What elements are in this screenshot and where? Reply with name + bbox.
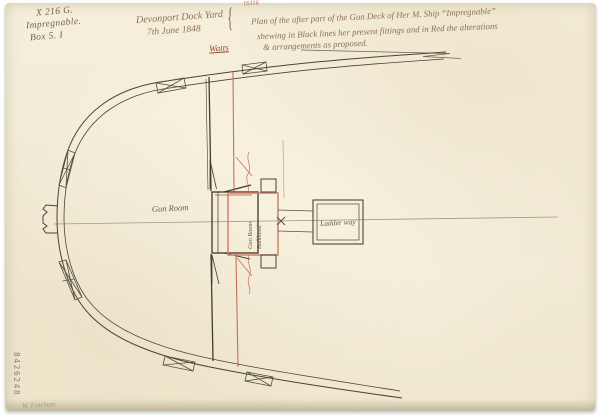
gun-room-label: Gun Room [152, 202, 189, 214]
scan-background: { "archive": { "reference": "X 216 G.", … [0, 0, 600, 420]
red-alteration-lines [215, 72, 284, 367]
stern-rudder-head [43, 205, 58, 233]
box-rotated-label-1: Gun Room [247, 221, 254, 249]
box-rotated-label-2: Bulkhead [256, 224, 263, 249]
ship-plan-drawing: Gun Room Ladder way Gun Room Bulkhead [0, 0, 600, 420]
bottom-tab [261, 255, 276, 268]
scan-shadow [6, 399, 595, 411]
ladder-way-label: Ladder way [319, 217, 357, 228]
museum-negative-stamp: 8426248 [12, 352, 21, 396]
top-tab [261, 179, 276, 192]
centreline [54, 217, 558, 224]
gun-port-marks [59, 62, 273, 386]
plan-stage: X 216 G. Impregnable. Box 5. I 16116 Dev… [0, 0, 600, 420]
title-flourish-line [301, 50, 461, 59]
gun-room-box [212, 179, 278, 268]
